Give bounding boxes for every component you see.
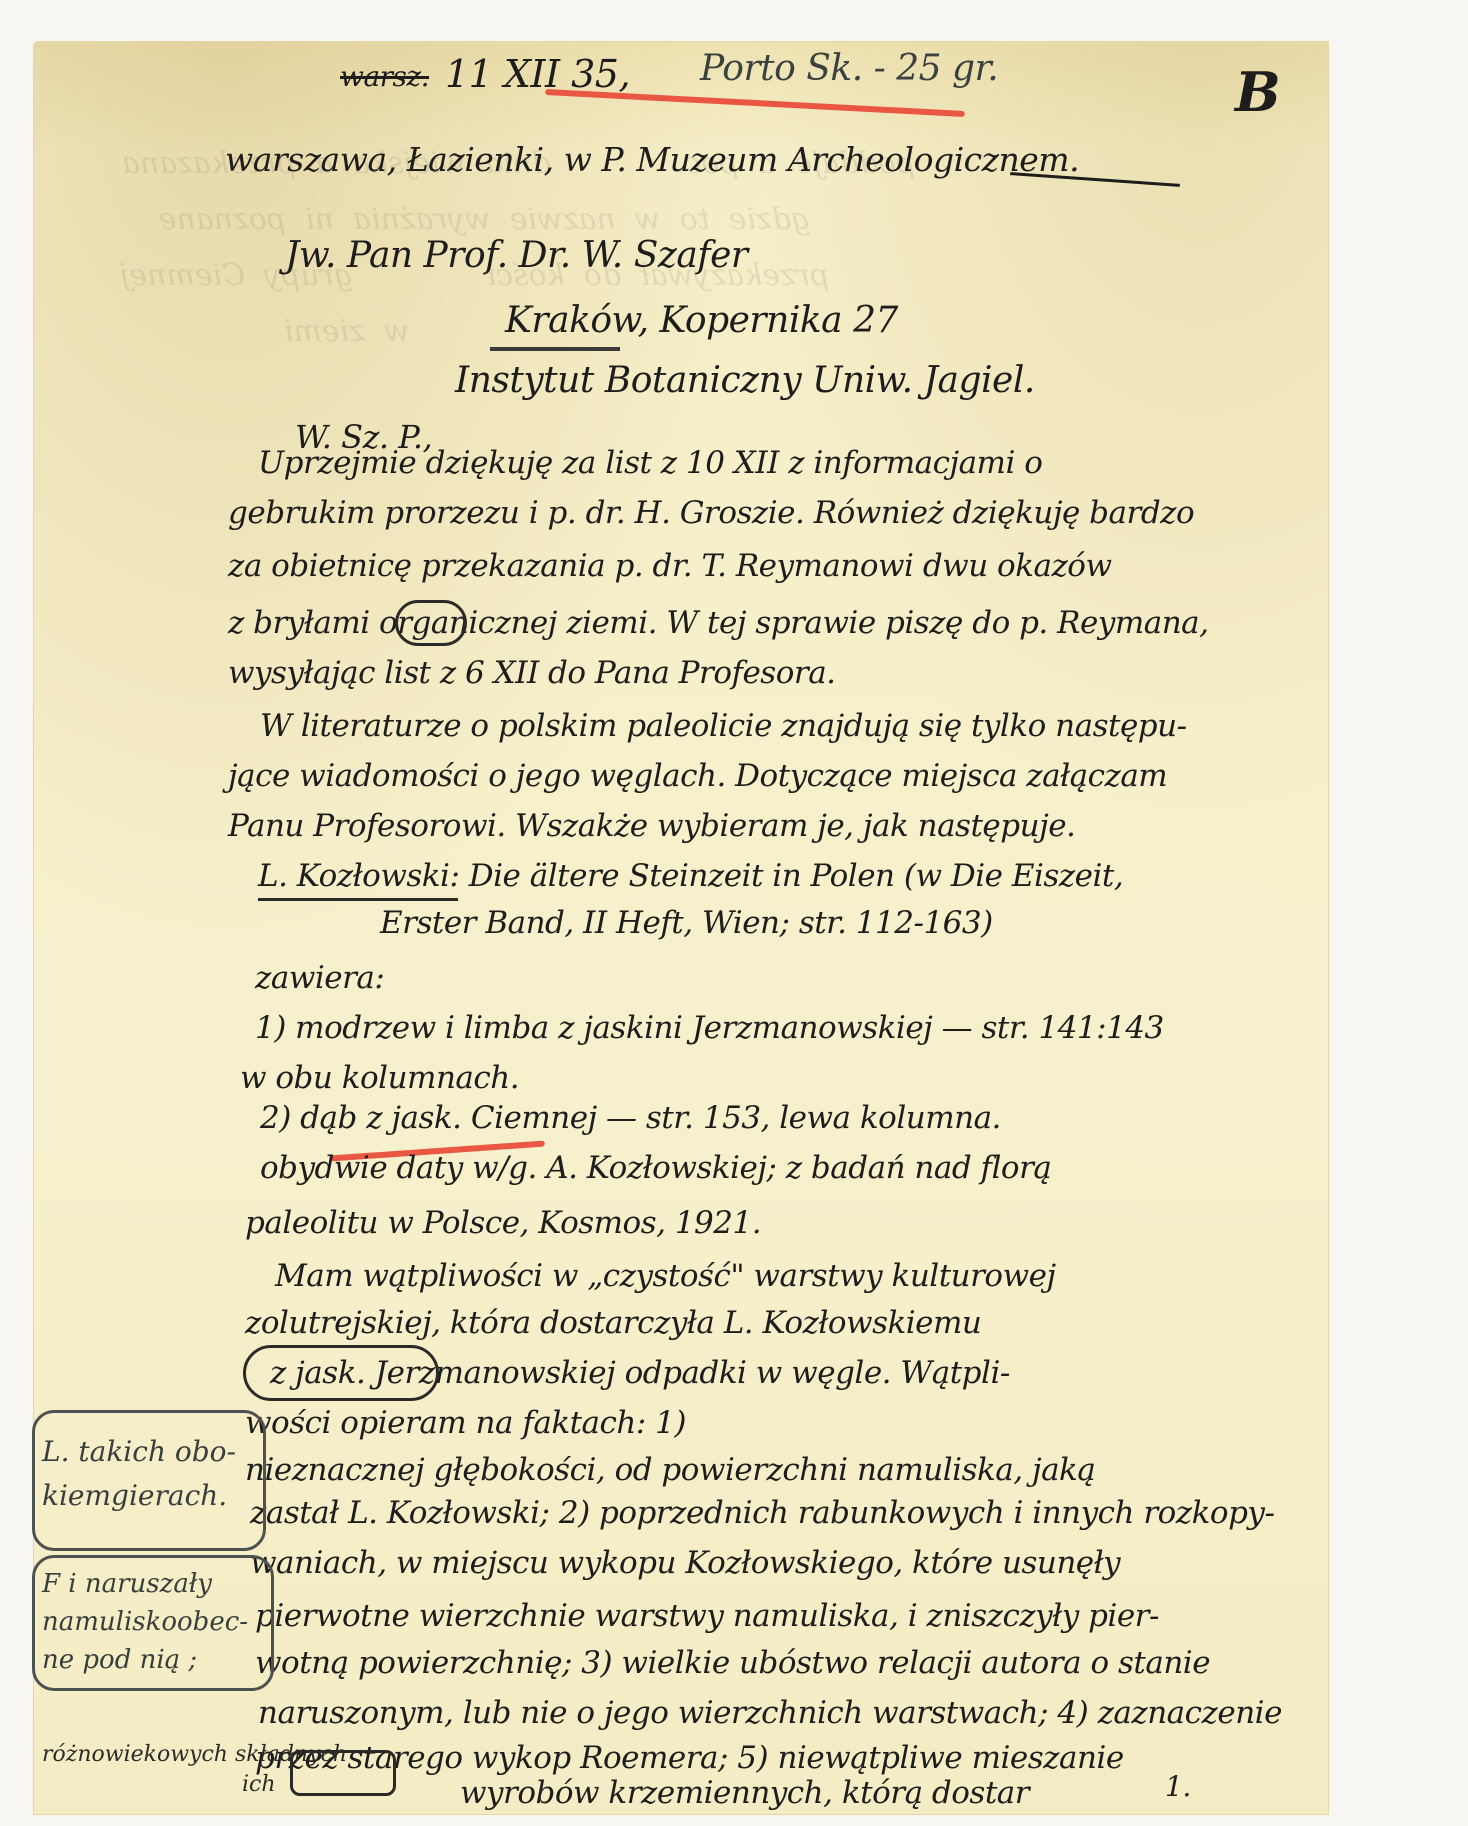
margin-note-2: F i naruszały namuliskoobec- ne pod nią … [42,1565,248,1679]
body-line: jące wiadomości o jego węglach. Dotycząc… [228,758,1167,794]
addressee-institution: Instytut Botaniczny Uniw. Jagiel. [455,360,1035,401]
body-line: zawiera: [255,960,384,996]
body-line: w obu kolumnach. [240,1060,519,1096]
author-underline [258,898,458,901]
body-line: Erster Band, II Heft, Wien; str. 112-163… [380,905,993,941]
boxed-phrase-jerzmanowska [243,1345,439,1401]
postage-note: Porto Sk. - 25 gr. [700,48,998,89]
addressee-street: Kraków, Kopernika 27 [505,300,898,341]
body-line: gebrukim prorzezu i p. dr. H. Groszie. R… [228,495,1194,531]
addressee-name: Jw. Pan Prof. Dr. W. Szafer [285,235,748,276]
boxed-word-tylko [290,1750,396,1796]
body-line: Uprzejmie dziękuję za list z 10 XII z in… [258,445,1042,481]
boxed-word-ziemi [395,600,467,646]
body-line: wotną powierzchnię; 3) wielkie ubóstwo r… [255,1645,1210,1681]
body-line: paleolitu w Polsce, Kosmos, 1921. [245,1205,761,1241]
body-line: pierwotne wierzchnie warstwy namuliska, … [255,1598,1159,1634]
body-line: Panu Profesorowi. Wszakże wybieram je, j… [228,808,1075,844]
body-line: wości opieram na faktach: 1) [245,1405,686,1441]
page-mark: 1. [1165,1770,1191,1803]
struck-word: warsz. [340,60,429,93]
body-line: 2) dąb z jask. Ciemnej — str. 153, lewa … [260,1100,1001,1136]
body-line: zastał L. Kozłowski; 2) poprzednich rabu… [250,1495,1274,1531]
letter-date: 11 XII 35, [445,52,630,96]
body-line: W literaturze o polskim paleolicie znajd… [260,708,1187,744]
place-line: warszawa, Łazienki, w P. Muzeum Archeolo… [225,140,1079,179]
body-line: L. Kozłowski: Die ältere Steinzeit in Po… [258,858,1123,894]
body-line: waniach, w miejscu wykopu Kozłowskiego, … [250,1545,1120,1581]
body-line: 1) modrzew i limba z jaskini Jerzmanowsk… [255,1010,1164,1046]
initial-mark: B [1235,60,1280,124]
body-line: za obietnicę przekazania p. dr. T. Reyma… [228,548,1112,584]
body-line: naruszonym, lub nie o jego wierzchnich w… [258,1695,1282,1731]
address-underline [490,347,620,351]
body-line: wysyłając list z 6 XII do Pana Profesora… [228,655,836,691]
margin-note-1: L. takich obo- kiemgierach. [42,1430,236,1518]
body-line: nieznacznej głębokości, od powierzchni n… [245,1452,1095,1488]
body-line: wyrobów krzemiennych, którą dostar [460,1775,1029,1811]
body-line: zolutrejskiej, która dostarczyła L. Kozł… [245,1305,981,1341]
body-line: Mam wątpliwości w „czystość" warstwy kul… [275,1258,1056,1294]
body-line: obydwie daty w/g. A. Kozłowskiej; z bada… [260,1150,1051,1186]
body-line: z bryłami organicznej ziemi. W tej spraw… [228,605,1209,641]
